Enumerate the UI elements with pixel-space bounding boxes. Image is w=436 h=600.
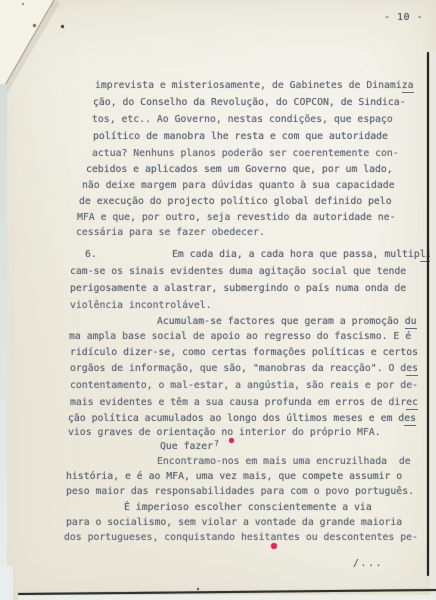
text-line: mais evidentes e têm a sua causa profund…	[70, 397, 418, 408]
text-line: Encontramo-nos em mais uma encruzilhada …	[157, 456, 411, 467]
text-line: ridículo dizer-se, como certas formações…	[70, 347, 418, 358]
scanner-backing-left	[0, 84, 7, 600]
text-line: 6.	[85, 249, 97, 260]
paper-speck	[197, 588, 199, 590]
text-line: violência incontrolável.	[70, 300, 212, 311]
text-line: história, e é ao MFA, uma vez mais, que …	[66, 471, 402, 482]
text-line: MFA e que, por outro, seja revestido da …	[77, 212, 396, 223]
text-line: Em cada dia, a cada hora que passa, mult…	[172, 249, 432, 260]
text-line: não deixe margem para dúvidas quanto à s…	[82, 180, 395, 191]
scanner-backing-right	[430, 52, 436, 600]
text-line: de execução do projecto político global …	[79, 196, 392, 207]
text-line: contentamento, o mal-estar, a angústia, …	[70, 380, 418, 391]
text-line: cessária para se fazer obedecer.	[76, 227, 265, 238]
scanner-backing-left-corner	[0, 566, 13, 600]
text-line: político de manobra lhe resta e com que …	[93, 131, 388, 142]
paper-speck	[33, 24, 36, 27]
page-number: - 10 -	[384, 12, 423, 23]
text-line: vios graves de orientação no interior do…	[68, 427, 381, 438]
paper-speck	[61, 25, 64, 28]
text-line: ção política acumulados ao longo dos últ…	[68, 413, 416, 424]
document-page: - 10 - imprevista e misteriosamente, de …	[0, 0, 436, 600]
paper-speck	[22, 3, 24, 5]
text-line: É imperioso escolher conscientemente a v…	[124, 502, 372, 513]
red-ink-dot	[229, 438, 234, 443]
text-line: para o socialismo, sem violar a vontade …	[66, 517, 402, 528]
text-line: peso maior das responsabilidades para co…	[66, 486, 414, 497]
text-line: dos portugueses, conquistando hesitantes…	[64, 532, 418, 543]
scanned-page: - 10 - imprevista e misteriosamente, de …	[0, 0, 436, 600]
text-line: cam-se os sinais evidentes duma agitação…	[70, 266, 406, 277]
folded-corner	[0, 0, 64, 102]
text-line: ção, do Conselho da Revolução, do COPCON…	[93, 97, 406, 108]
continuation-mark: /...	[353, 558, 383, 569]
text-line: imprevista e misteriosamente, de Gabinet…	[95, 80, 414, 91]
text-line: orgãos de informação, que são, "manobras…	[70, 363, 418, 374]
text-line: ma ampla base social de apoio ao regress…	[69, 331, 411, 342]
text-line: Que fazer?	[160, 441, 219, 452]
text-line: actua? Nenhuns planos poderão ser coeren…	[92, 148, 399, 159]
text-line: tos, etc.. Ao Governo, nestas condições,…	[92, 114, 393, 125]
text-line: cebidos e aplicados sem um Governo que, …	[86, 164, 393, 175]
scanner-backing-bottom	[18, 595, 436, 600]
text-line: Acumulam-se factores que geram a promoçã…	[157, 316, 417, 327]
red-ink-dot	[271, 543, 277, 549]
text-line: perigosamente a alastrar, submergindo o …	[70, 283, 406, 294]
